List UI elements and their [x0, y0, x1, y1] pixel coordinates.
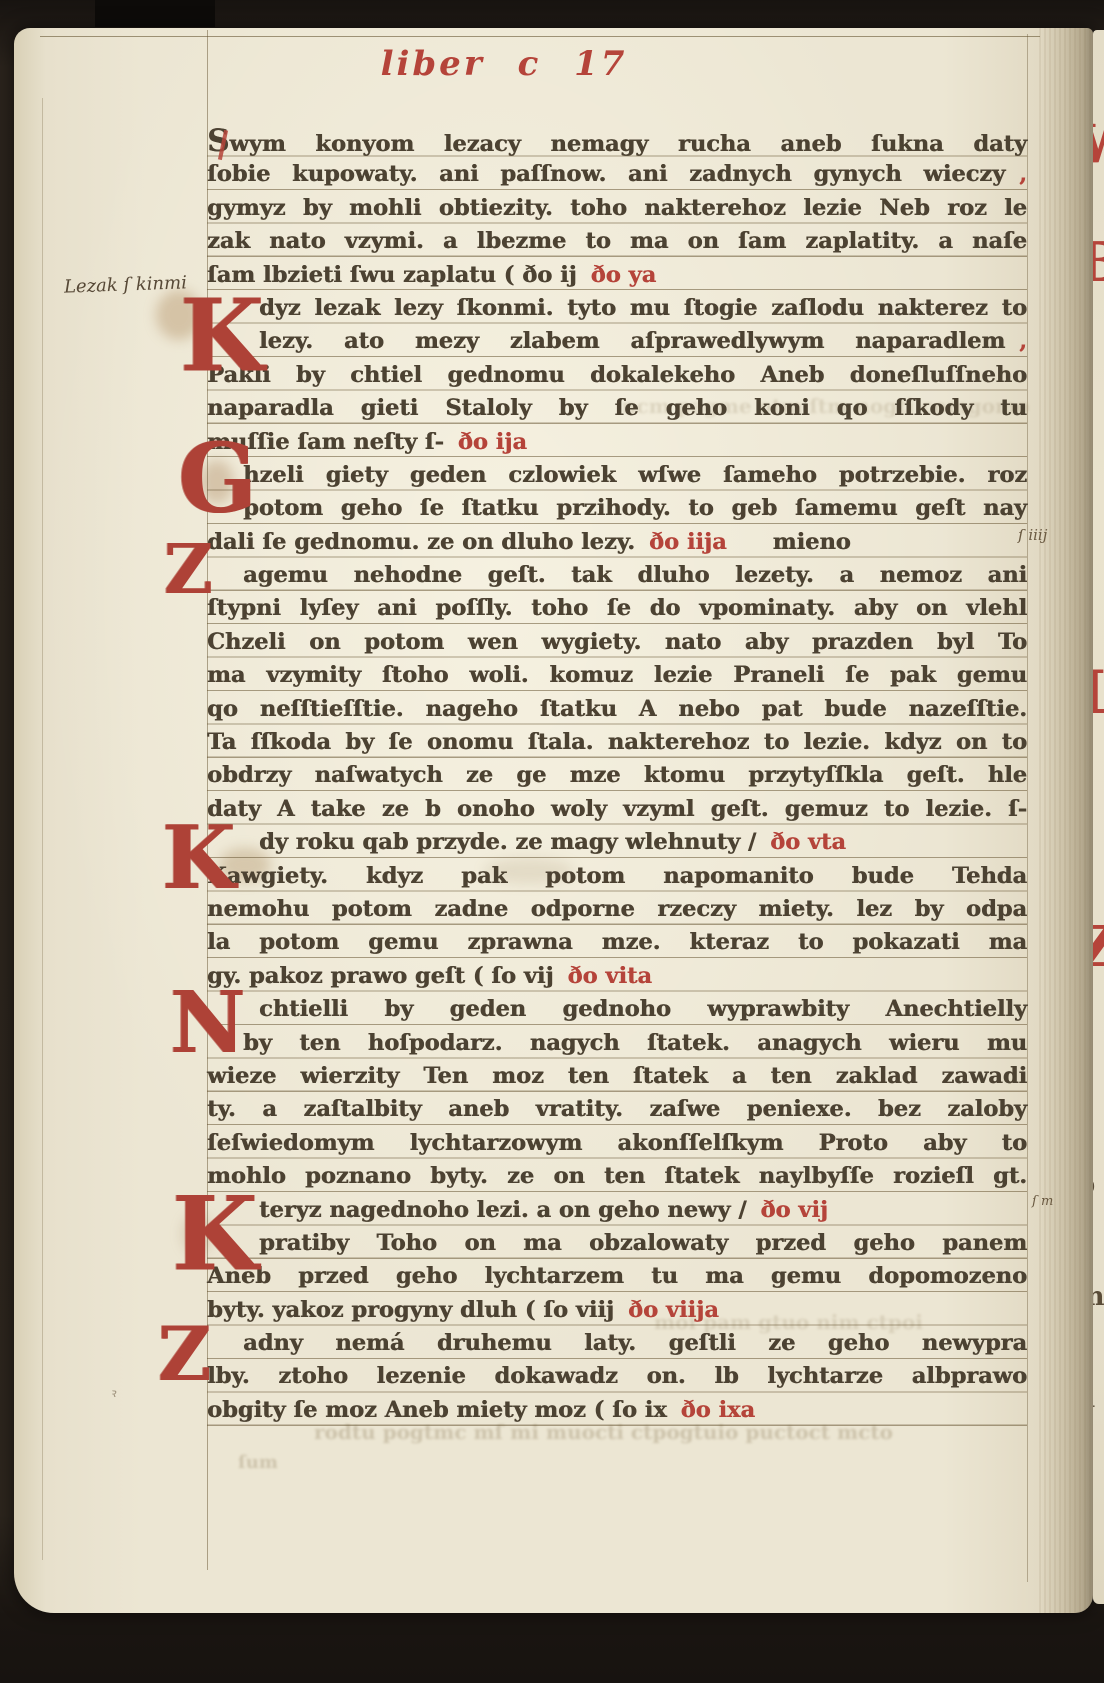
text-block: Swym konyom lezacy nemagy rucha aneb ſuk… [207, 125, 1027, 1427]
text-line: Ta ſſkoda by ſe onomu ſtala. nakterehoz … [207, 726, 1027, 759]
text-line: teryz nagednoho lezi. a on geho newy /ðo… [207, 1194, 1027, 1227]
text-line: obdrzy naſwatych ze ge mze ktomu przytyſ… [207, 759, 1027, 792]
text-line: pratiby Toho on ma obzalowaty przed geho… [207, 1227, 1027, 1260]
text-line: Aneb przed geho lychtarzem tu ma gemu do… [207, 1260, 1027, 1293]
text-line: nemohu potom zadne odporne rzeczy miety.… [207, 893, 1027, 926]
rubric-mark: , [1019, 161, 1027, 187]
text-line: Kawgiety. kdyz pak potom napomanito bude… [207, 860, 1027, 893]
text-line: ſobie kupowaty. ani paſſnow. ani zadnych… [207, 158, 1027, 191]
text-line: by ten hoſpodarz. nagych ſtatek. anagych… [207, 1027, 1027, 1060]
text-line: hzeli giety geden czlowiek wſwe ſameho p… [207, 459, 1027, 492]
text-line: agemu nehodne geſt. tak dluho lezety. a … [207, 559, 1027, 592]
text-line: Swym konyom lezacy nemagy rucha aneb ſuk… [207, 125, 1027, 158]
text-line: chtielli by geden gednoho wyprawbity Ane… [207, 993, 1027, 1026]
text-line: qo neſſtieſſtie. nageho ſtatku A nebo pa… [207, 693, 1027, 726]
ruling-left-margin-line [42, 98, 43, 1560]
text-line: Pakli by chtiel gednomu dokalekeho Aneb … [207, 359, 1027, 392]
text-line: la potom gemu zprawna mze. kteraz to pok… [207, 926, 1027, 959]
running-title: liber c 17 [334, 44, 674, 84]
initial-lombard-G: G [178, 430, 257, 526]
manuscript-photo: liber c 17 Lezak ſ kinmi ſ iiij ſ m ꝛ nc… [0, 0, 1104, 1683]
text-line: gy. pakoz prawo geſt ( ſo vijðo vita [207, 960, 1027, 993]
binding-clamp [95, 0, 215, 27]
rubric-reference: ðo ya [591, 262, 657, 288]
text-line: dyz lezak lezy ſkonmi. tyto mu ſtogie za… [207, 292, 1027, 325]
next-page-initial: W [1093, 114, 1104, 175]
text-line: ty. a zaſtalbity aneb vratity. zaſwe pen… [207, 1093, 1027, 1126]
show-through-text: ſum [238, 1452, 278, 1473]
initial-lombard-Z: Z [164, 535, 212, 604]
text-line: Chzeli on potom wen wygiety. nato aby pr… [207, 626, 1027, 659]
manuscript-page: liber c 17 Lezak ſ kinmi ſ iiij ſ m ꝛ nc… [14, 28, 1093, 1613]
rubric-reference: ðo vta [770, 829, 846, 855]
rubric-mark: , [1019, 328, 1027, 354]
text-line: gymyz by mohli obtiezity. toho naktereho… [207, 192, 1027, 225]
text-line: ſtypni lyſey ani poſſly. toho ſe do vpom… [207, 592, 1027, 625]
text-line: zak nato vzymi. a lbezme to ma on ſam za… [207, 225, 1027, 258]
rubric-reference: ðo iija [649, 529, 727, 555]
text-line: dy roku qab przyde. ze magy wlehnuty /ðo… [207, 826, 1027, 859]
rubric-reference: ðo viija [628, 1297, 719, 1323]
initial-lombard-Z: Z [158, 1317, 211, 1392]
text-line: muſſie ſam neſty ſ-ðo ija [207, 426, 1027, 459]
next-page-text-fragment: g [1093, 1396, 1095, 1426]
text-line: mohlo poznano byty. ze on ten ſtatek nay… [207, 1160, 1027, 1193]
text-line: wieze wierzity Ten moz ten ſtatek a ten … [207, 1060, 1027, 1093]
ruling-top-line [40, 36, 1040, 37]
fore-edge-shading [1039, 28, 1093, 1613]
text-line: potom geho ſe ſtatku przihody. to geb ſa… [207, 492, 1027, 525]
text-line: lezy. ato mezy zlabem aſprawedlywym napa… [207, 325, 1027, 358]
rubric-reference: ðo ija [458, 429, 527, 455]
initial-lombard-K: K [162, 814, 235, 901]
text-line: adny nemá druhemu laty. geſtli ze geho n… [207, 1327, 1027, 1360]
text-line: daty A take ze b onoho woly vzyml geſt. … [207, 793, 1027, 826]
ruling-textblock-right-line [1027, 34, 1028, 1582]
next-page-initial: Z [1093, 914, 1104, 980]
next-page-text-fragment: p [1093, 1170, 1095, 1200]
rubric-reference: ðo ixa [681, 1397, 755, 1423]
initial-lombard-K: K [180, 286, 263, 386]
next-page-text-fragment: m [1093, 1282, 1104, 1312]
text-line: obgity ſe moz Aneb miety moz ( ſo ixðo i… [207, 1394, 1027, 1427]
text-line: dali ſe gednomu. ze on dluho lezy.ðo iij… [207, 526, 1027, 559]
text-line: ſam lbzieti ſwu zaplatu ( ðo ijðo ya [207, 259, 1027, 292]
initial-lombard-K: K [172, 1184, 257, 1286]
catchword: mieno [773, 529, 851, 555]
rubric-reference: ðo vij [760, 1197, 828, 1223]
text-line: ma vzymity ſtoho woli. komuz lezie Prane… [207, 659, 1027, 692]
next-page-edge: W B L Z ſ p m g [1093, 30, 1104, 1604]
margin-mark-left-low: ꝛ [110, 1384, 116, 1401]
next-page-initial: B [1093, 230, 1104, 294]
next-page-initial: L [1093, 658, 1104, 728]
text-line: lby. ztoho lezenie dokawadz on. lb lycht… [207, 1360, 1027, 1393]
initial-lombard-N: N [170, 980, 245, 1065]
text-line: ſeſwiedomym lychtarzowym akonſſelſkym Pr… [207, 1127, 1027, 1160]
text-line: naparadla gieti Staloly by ſe geho koni … [207, 392, 1027, 425]
rubric-reference: ðo vita [568, 963, 652, 989]
text-line: byty. yakoz progyny dluh ( ſo viijðo vii… [207, 1294, 1027, 1327]
